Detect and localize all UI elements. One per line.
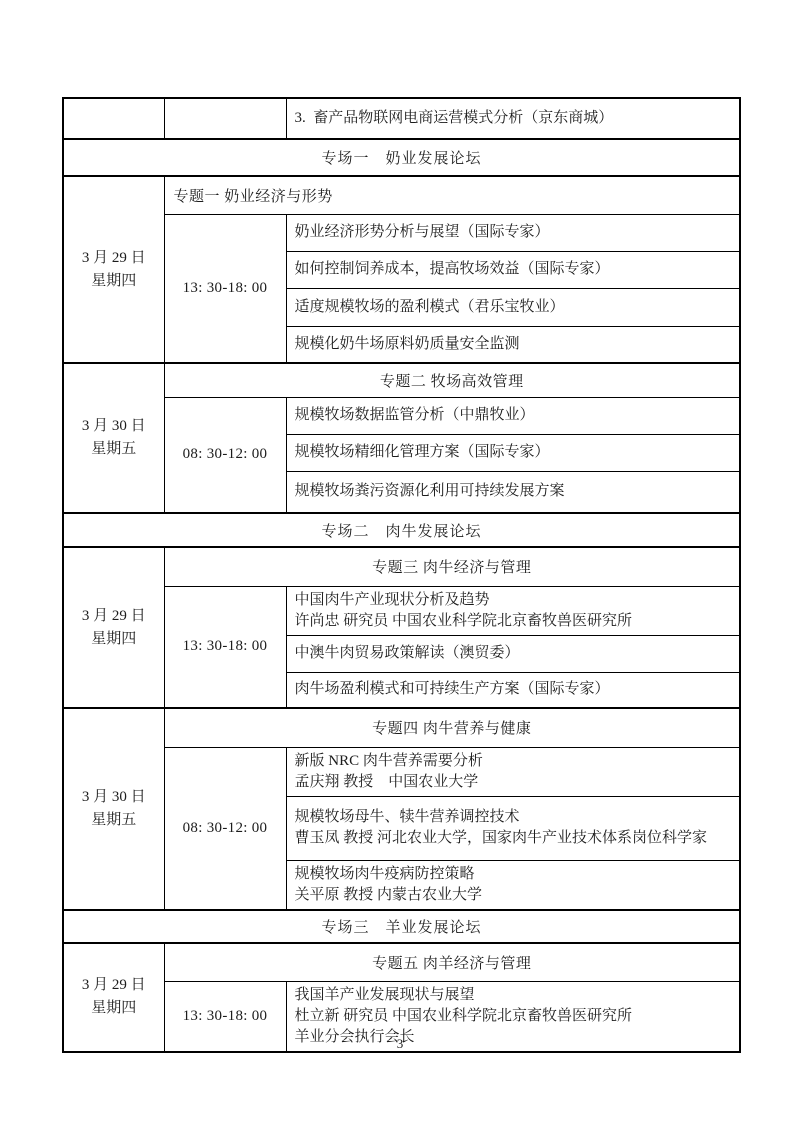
weekday-text: 星期四: [65, 628, 163, 651]
session-item-cell: 中国肉牛产业现状分析及趋势 许尚忠 研究员 中国农业科学院北京畜牧兽医研究所: [286, 586, 740, 635]
date-text: 3 月 30 日: [65, 415, 163, 438]
session-item-cell: 适度规模牧场的盈利模式（君乐宝牧业）: [286, 288, 740, 326]
section-banner: 专场三 羊业发展论坛: [63, 910, 740, 943]
table-row: 专场二 肉牛发展论坛: [63, 513, 740, 547]
table-row: 专场一 奶业发展论坛: [63, 139, 740, 176]
session-item-cell: 新版 NRC 肉牛营养需要分析 孟庆翔 教授 中国农业大学: [286, 747, 740, 796]
section-banner: 专场一 奶业发展论坛: [63, 139, 740, 176]
page-number: 3: [0, 1036, 800, 1052]
weekday-text: 星期五: [65, 809, 163, 832]
date-text: 3 月 29 日: [65, 605, 163, 628]
topic-cell: 专题二 牧场高效管理: [164, 363, 740, 397]
table-row: 08: 30-12: 00 新版 NRC 肉牛营养需要分析 孟庆翔 教授 中国农…: [63, 747, 740, 796]
table-row: 3 月 29 日 星期四 专题一 奶业经济与形势: [63, 176, 740, 214]
weekday-text: 星期五: [65, 438, 163, 461]
date-cell: 3 月 29 日 星期四: [63, 176, 164, 363]
session-item-cell: 规模牧场母牛、犊牛营养调控技术 曹玉凤 教授 河北农业大学，国家肉牛产业技术体系…: [286, 796, 740, 860]
date-text: 3 月 29 日: [65, 247, 163, 270]
schedule-table: 3. 畜产品物联网电商运营模式分析（京东商城） 专场一 奶业发展论坛 3 月 2…: [62, 97, 741, 1053]
date-cell: 3 月 30 日 星期五: [63, 708, 164, 910]
table-row: 3 月 29 日 星期四 专题五 肉羊经济与管理: [63, 943, 740, 982]
time-cell: 13: 30-18: 00: [164, 214, 286, 363]
topic-cell: 专题一 奶业经济与形势: [164, 176, 740, 214]
session-item-cell: 规模化奶牛场原料奶质量安全监测: [286, 326, 740, 363]
topic-cell: 专题四 肉牛营养与健康: [164, 708, 740, 747]
table-row: 3 月 30 日 星期五 专题四 肉牛营养与健康: [63, 708, 740, 747]
table-row: 13: 30-18: 00 奶业经济形势分析与展望（国际专家）: [63, 214, 740, 251]
time-cell: 08: 30-12: 00: [164, 747, 286, 910]
session-item-cell: 奶业经济形势分析与展望（国际专家）: [286, 214, 740, 251]
table-row: 3 月 29 日 星期四 专题三 肉牛经济与管理: [63, 547, 740, 586]
weekday-text: 星期四: [65, 997, 163, 1020]
table-row: 3. 畜产品物联网电商运营模式分析（京东商城）: [63, 98, 740, 139]
date-cell: 3 月 30 日 星期五: [63, 363, 164, 513]
date-text: 3 月 29 日: [65, 974, 163, 997]
table-row: 3 月 30 日 星期五 专题二 牧场高效管理: [63, 363, 740, 397]
date-text: 3 月 30 日: [65, 786, 163, 809]
time-cell: 08: 30-12: 00: [164, 397, 286, 513]
empty-date-cell: [63, 98, 164, 139]
weekday-text: 星期四: [65, 270, 163, 293]
session-item-cell: 规模牧场粪污资源化利用可持续发展方案: [286, 471, 740, 513]
time-cell: 13: 30-18: 00: [164, 586, 286, 708]
section-banner: 专场二 肉牛发展论坛: [63, 513, 740, 547]
table-row: 13: 30-18: 00 中国肉牛产业现状分析及趋势 许尚忠 研究员 中国农业…: [63, 586, 740, 635]
table-row: 专场三 羊业发展论坛: [63, 910, 740, 943]
session-item-cell: 肉牛场盈利模式和可持续生产方案（国际专家）: [286, 672, 740, 708]
session-item-cell: 规模牧场肉牛疫病防控策略 关平原 教授 内蒙古农业大学: [286, 860, 740, 910]
session-item-cell: 中澳牛肉贸易政策解读（澳贸委）: [286, 635, 740, 672]
document-page: 3. 畜产品物联网电商运营模式分析（京东商城） 专场一 奶业发展论坛 3 月 2…: [0, 0, 800, 1131]
empty-time-cell: [164, 98, 286, 139]
session-item-cell: 如何控制饲养成本，提高牧场效益（国际专家）: [286, 251, 740, 288]
session-item-cell: 规模牧场精细化管理方案（国际专家）: [286, 434, 740, 471]
topic-cell: 专题三 肉牛经济与管理: [164, 547, 740, 586]
session-item-cell: 3. 畜产品物联网电商运营模式分析（京东商城）: [286, 98, 740, 139]
table-row: 08: 30-12: 00 规模牧场数据监管分析（中鼎牧业）: [63, 397, 740, 434]
session-item-cell: 规模牧场数据监管分析（中鼎牧业）: [286, 397, 740, 434]
topic-cell: 专题五 肉羊经济与管理: [164, 943, 740, 982]
date-cell: 3 月 29 日 星期四: [63, 547, 164, 708]
